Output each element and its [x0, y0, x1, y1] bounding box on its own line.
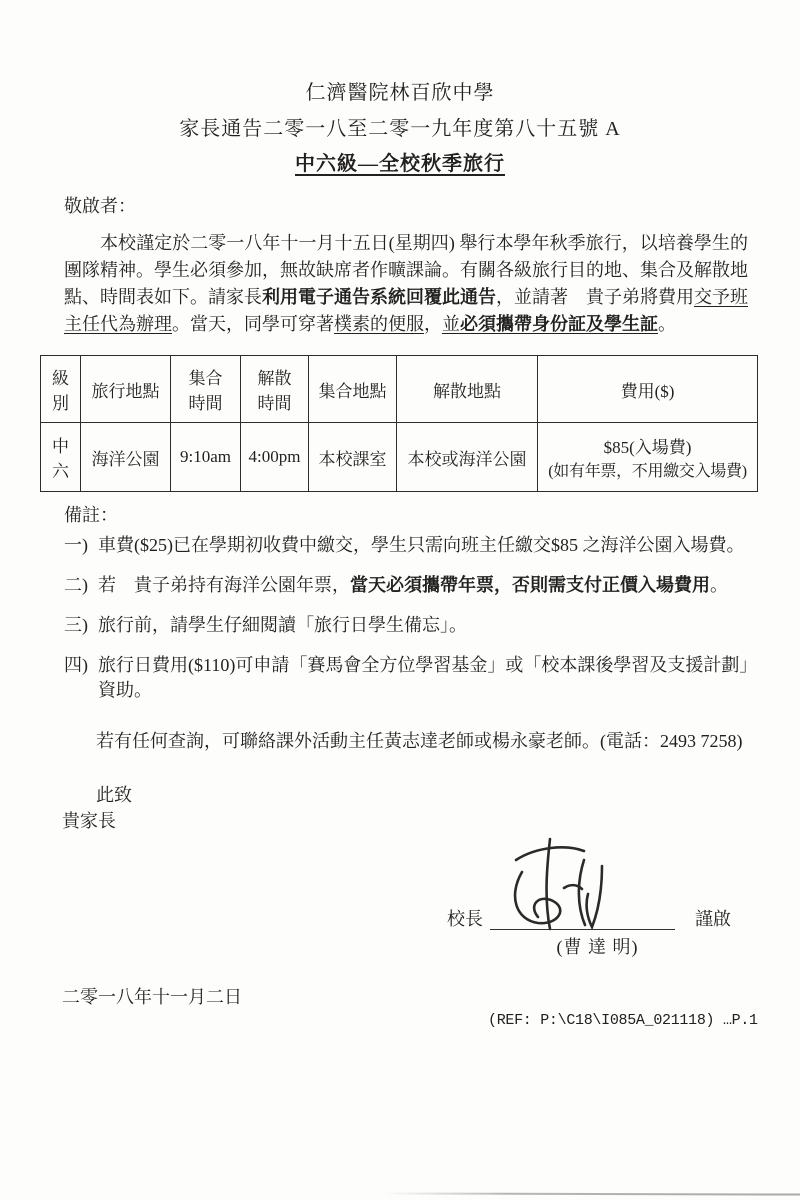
- remark-text-post: 。: [710, 575, 728, 595]
- remark-text: 車費($25)已在學期初收費中繳交，學生只需向班主任繳交$85 之海洋公園入場費…: [98, 533, 745, 558]
- remark-text-pre: 若 貴子弟持有海洋公園年票，: [98, 575, 350, 595]
- cell-assembly-time: 9:10am: [171, 423, 241, 492]
- cell-dismissal-time: 4:00pm: [241, 423, 309, 492]
- remark-text: 旅行日費用($110)可申請「賽馬會全方位學習基金」或「校本課後學習及支援計劃」…: [98, 653, 758, 703]
- remark-text-pre: 旅行前，請學生仔細閱讀「旅行日學生備忘」。: [98, 615, 467, 635]
- intro-paragraph: 本校謹定於二零一八年十一月十五日(星期四) 舉行本學年秋季旅行，以培養學生的團隊…: [64, 230, 748, 338]
- remark-number: 三): [64, 613, 98, 638]
- cell-fee: $85(入場費) (如有年票，不用繳交入場費): [538, 423, 758, 492]
- closing-cishi: 此致: [96, 782, 132, 809]
- closing-recipient: 貴家長: [62, 808, 116, 835]
- remark-item-2: 二) 若 貴子弟持有海洋公園年票，當天必須攜帶年票，否則需支付正價入場費用。: [64, 573, 758, 598]
- col-header-dismissal-place: 解散地點: [397, 356, 538, 423]
- cell-assembly-place: 本校課室: [309, 423, 397, 492]
- notice-title: 中六級—全校秋季旅行: [0, 147, 800, 176]
- remark-item-1: 一) 車費($25)已在學期初收費中繳交，學生只需向班主任繳交$85 之海洋公園…: [64, 533, 758, 558]
- signature-line: [490, 929, 675, 930]
- notice-number: 家長通告二零一八至二零一九年度第八十五號 A: [0, 112, 800, 141]
- principal-label: 校長: [447, 906, 483, 933]
- remark-text: 若 貴子弟持有海洋公園年票，當天必須攜帶年票，否則需支付正價入場費用。: [98, 573, 728, 598]
- fee-note: (如有年票，不用繳交入場費): [541, 458, 754, 481]
- remark-number: 二): [64, 573, 98, 598]
- col-header-destination: 旅行地點: [81, 356, 171, 423]
- col-header-assembly-place: 集合地點: [309, 356, 397, 423]
- remark-text-bold: 當天必須攜帶年票，否則需支付正價入場費用: [350, 575, 710, 595]
- remark-item-4: 四) 旅行日費用($110)可申請「賽馬會全方位學習基金」或「校本課後學習及支援…: [64, 653, 758, 703]
- intro-underline-and: 並: [442, 314, 460, 334]
- remark-number: 四): [64, 653, 98, 703]
- cell-dismissal-place: 本校或海洋公園: [397, 423, 538, 492]
- intro-underline-dress: 樸素的便服: [334, 314, 424, 334]
- remarks-label: 備註：: [64, 502, 118, 529]
- salutation: 敬啟者：: [64, 193, 136, 220]
- fee-amount: $85(入場費): [541, 433, 754, 458]
- intro-boldunderline-id: 必須攜帶身份証及學生証: [460, 314, 658, 334]
- trip-table: 級別 旅行地點 集合時間 解散時間 集合地點 解散地點 費用($) 中六 海洋公…: [40, 355, 758, 492]
- remark-text-pre: 旅行日費用($110)可申請「賽馬會全方位學習基金」或「校本課後學習及支援計劃」…: [98, 655, 757, 700]
- intro-bold-esystem: 利用電子通告系統回覆此通告: [262, 287, 496, 307]
- reference-number: (REF: P:\C18\I085A_021118) …P.1: [488, 1012, 758, 1029]
- remark-text: 旅行前，請學生仔細閱讀「旅行日學生備忘」。: [98, 613, 467, 638]
- col-header-dismissal-time: 解散時間: [241, 356, 309, 423]
- col-header-assembly-time: 集合時間: [171, 356, 241, 423]
- principal-name: (曹 達 明): [515, 934, 680, 961]
- contact-line: 若有任何查詢，可聯絡課外活動主任黃志達老師或楊永豪老師。(電話：2493 725…: [96, 728, 743, 755]
- table-row: 中六 海洋公園 9:10am 4:00pm 本校課室 本校或海洋公園 $85(入…: [41, 423, 758, 492]
- scan-artifact-line: [383, 1192, 800, 1195]
- col-header-fee: 費用($): [538, 356, 758, 423]
- issue-date: 二零一八年十一月二日: [62, 984, 242, 1011]
- cell-destination: 海洋公園: [81, 423, 171, 492]
- scanned-notice-page: 仁濟醫院林百欣中學 家長通告二零一八至二零一九年度第八十五號 A 中六級—全校秋…: [0, 0, 800, 1200]
- col-header-grade: 級別: [41, 356, 81, 423]
- table-header-row: 級別 旅行地點 集合時間 解散時間 集合地點 解散地點 費用($): [41, 356, 758, 423]
- intro-text-2: ，並請著 貴子弟將費用: [496, 287, 694, 307]
- remark-text-pre: 車費($25)已在學期初收費中繳交，學生只需向班主任繳交$85 之海洋公園入場費…: [98, 535, 745, 555]
- cell-grade: 中六: [41, 423, 81, 492]
- intro-text-3: 。當天，同學可穿著: [172, 314, 334, 334]
- intro-text-5: 。: [658, 314, 676, 334]
- remark-item-3: 三) 旅行前，請學生仔細閱讀「旅行日學生備忘」。: [64, 613, 758, 638]
- remark-number: 一): [64, 533, 98, 558]
- intro-text-4: ，: [424, 314, 442, 334]
- school-name: 仁濟醫院林百欣中學: [0, 76, 800, 105]
- principal-signature: [486, 836, 636, 934]
- respect-label: 謹啟: [695, 906, 731, 933]
